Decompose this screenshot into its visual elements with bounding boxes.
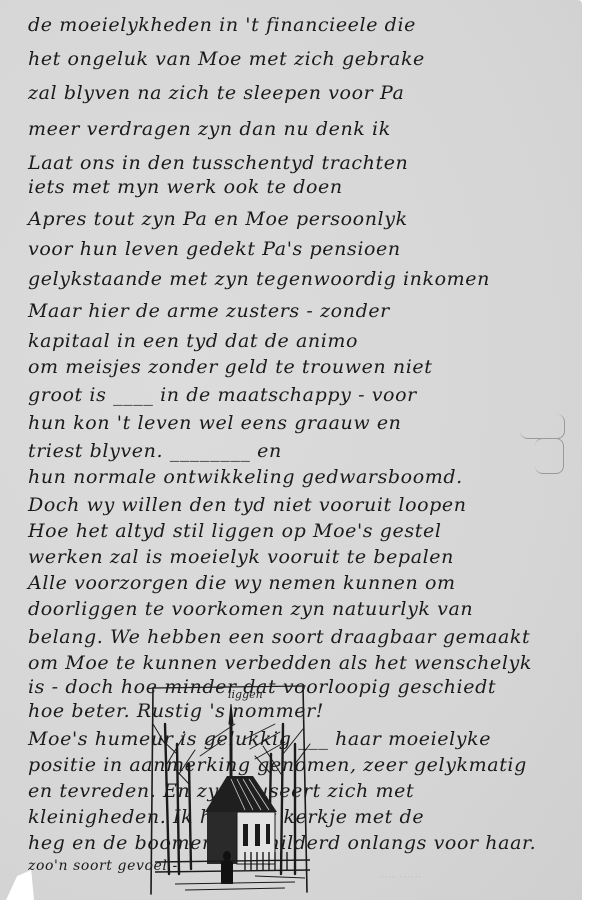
margin-bracket xyxy=(520,414,565,439)
handwritten-line: iets met myn werk ook te doen xyxy=(28,176,343,198)
handwritten-line: de moeielykheden in 't financieele die xyxy=(28,14,416,36)
handwritten-line: werken zal is moeielyk vooruit te bepale… xyxy=(28,546,454,568)
handwritten-line: groot is ____ in de maatschappy - voor xyxy=(28,384,417,406)
handwritten-line: om meisjes zonder geld te trouwen niet xyxy=(28,356,433,378)
handwritten-line: Maar hier de arme zusters - zonder xyxy=(28,300,390,322)
handwritten-line: belang. We hebben een soort draagbaar ge… xyxy=(28,626,530,648)
handwritten-line: om Moe te kunnen verbedden als het wensc… xyxy=(28,652,532,674)
handwritten-line: Hoe het altyd stil liggen op Moe's geste… xyxy=(28,520,442,542)
letter-page: ·· ··· ····· ···· ···· ········· ···· ··… xyxy=(0,0,582,900)
handwritten-line: hun kon 't leven wel eens graauw en xyxy=(28,412,402,434)
handwritten-line: kapitaal in een tyd dat de animo xyxy=(28,330,358,352)
handwritten-line: zal blyven na zich te sleepen voor Pa xyxy=(28,82,404,104)
handwritten-line: triest blyven. ________ en xyxy=(28,440,282,462)
handwritten-line: Laat ons in den tusschentyd trachten xyxy=(28,152,408,174)
handwritten-line: Apres tout zyn Pa en Moe persoonlyk xyxy=(28,208,408,230)
handwritten-line: Doch wy willen den tyd niet vooruit loop… xyxy=(28,494,467,516)
church-sketch xyxy=(145,684,320,896)
handwritten-line: Alle voorzorgen die wy nemen kunnen om xyxy=(28,572,456,594)
handwritten-line: hun normale ontwikkeling gedwarsboomd. xyxy=(28,466,463,488)
handwritten-line: doorliggen te voorkomen zyn natuurlyk va… xyxy=(28,598,473,620)
bleed-through-text: ···· ······ xyxy=(380,870,422,884)
handwritten-line: het ongeluk van Moe met zich gebrake xyxy=(28,48,425,70)
margin-bracket xyxy=(535,438,564,474)
handwritten-line: gelykstaande met zyn tegenwoordig inkome… xyxy=(28,268,490,290)
torn-corner xyxy=(6,870,34,900)
handwritten-line: voor hun leven gedekt Pa's pensioen xyxy=(28,238,401,260)
handwritten-line: meer verdragen zyn dan nu denk ik xyxy=(28,118,391,140)
